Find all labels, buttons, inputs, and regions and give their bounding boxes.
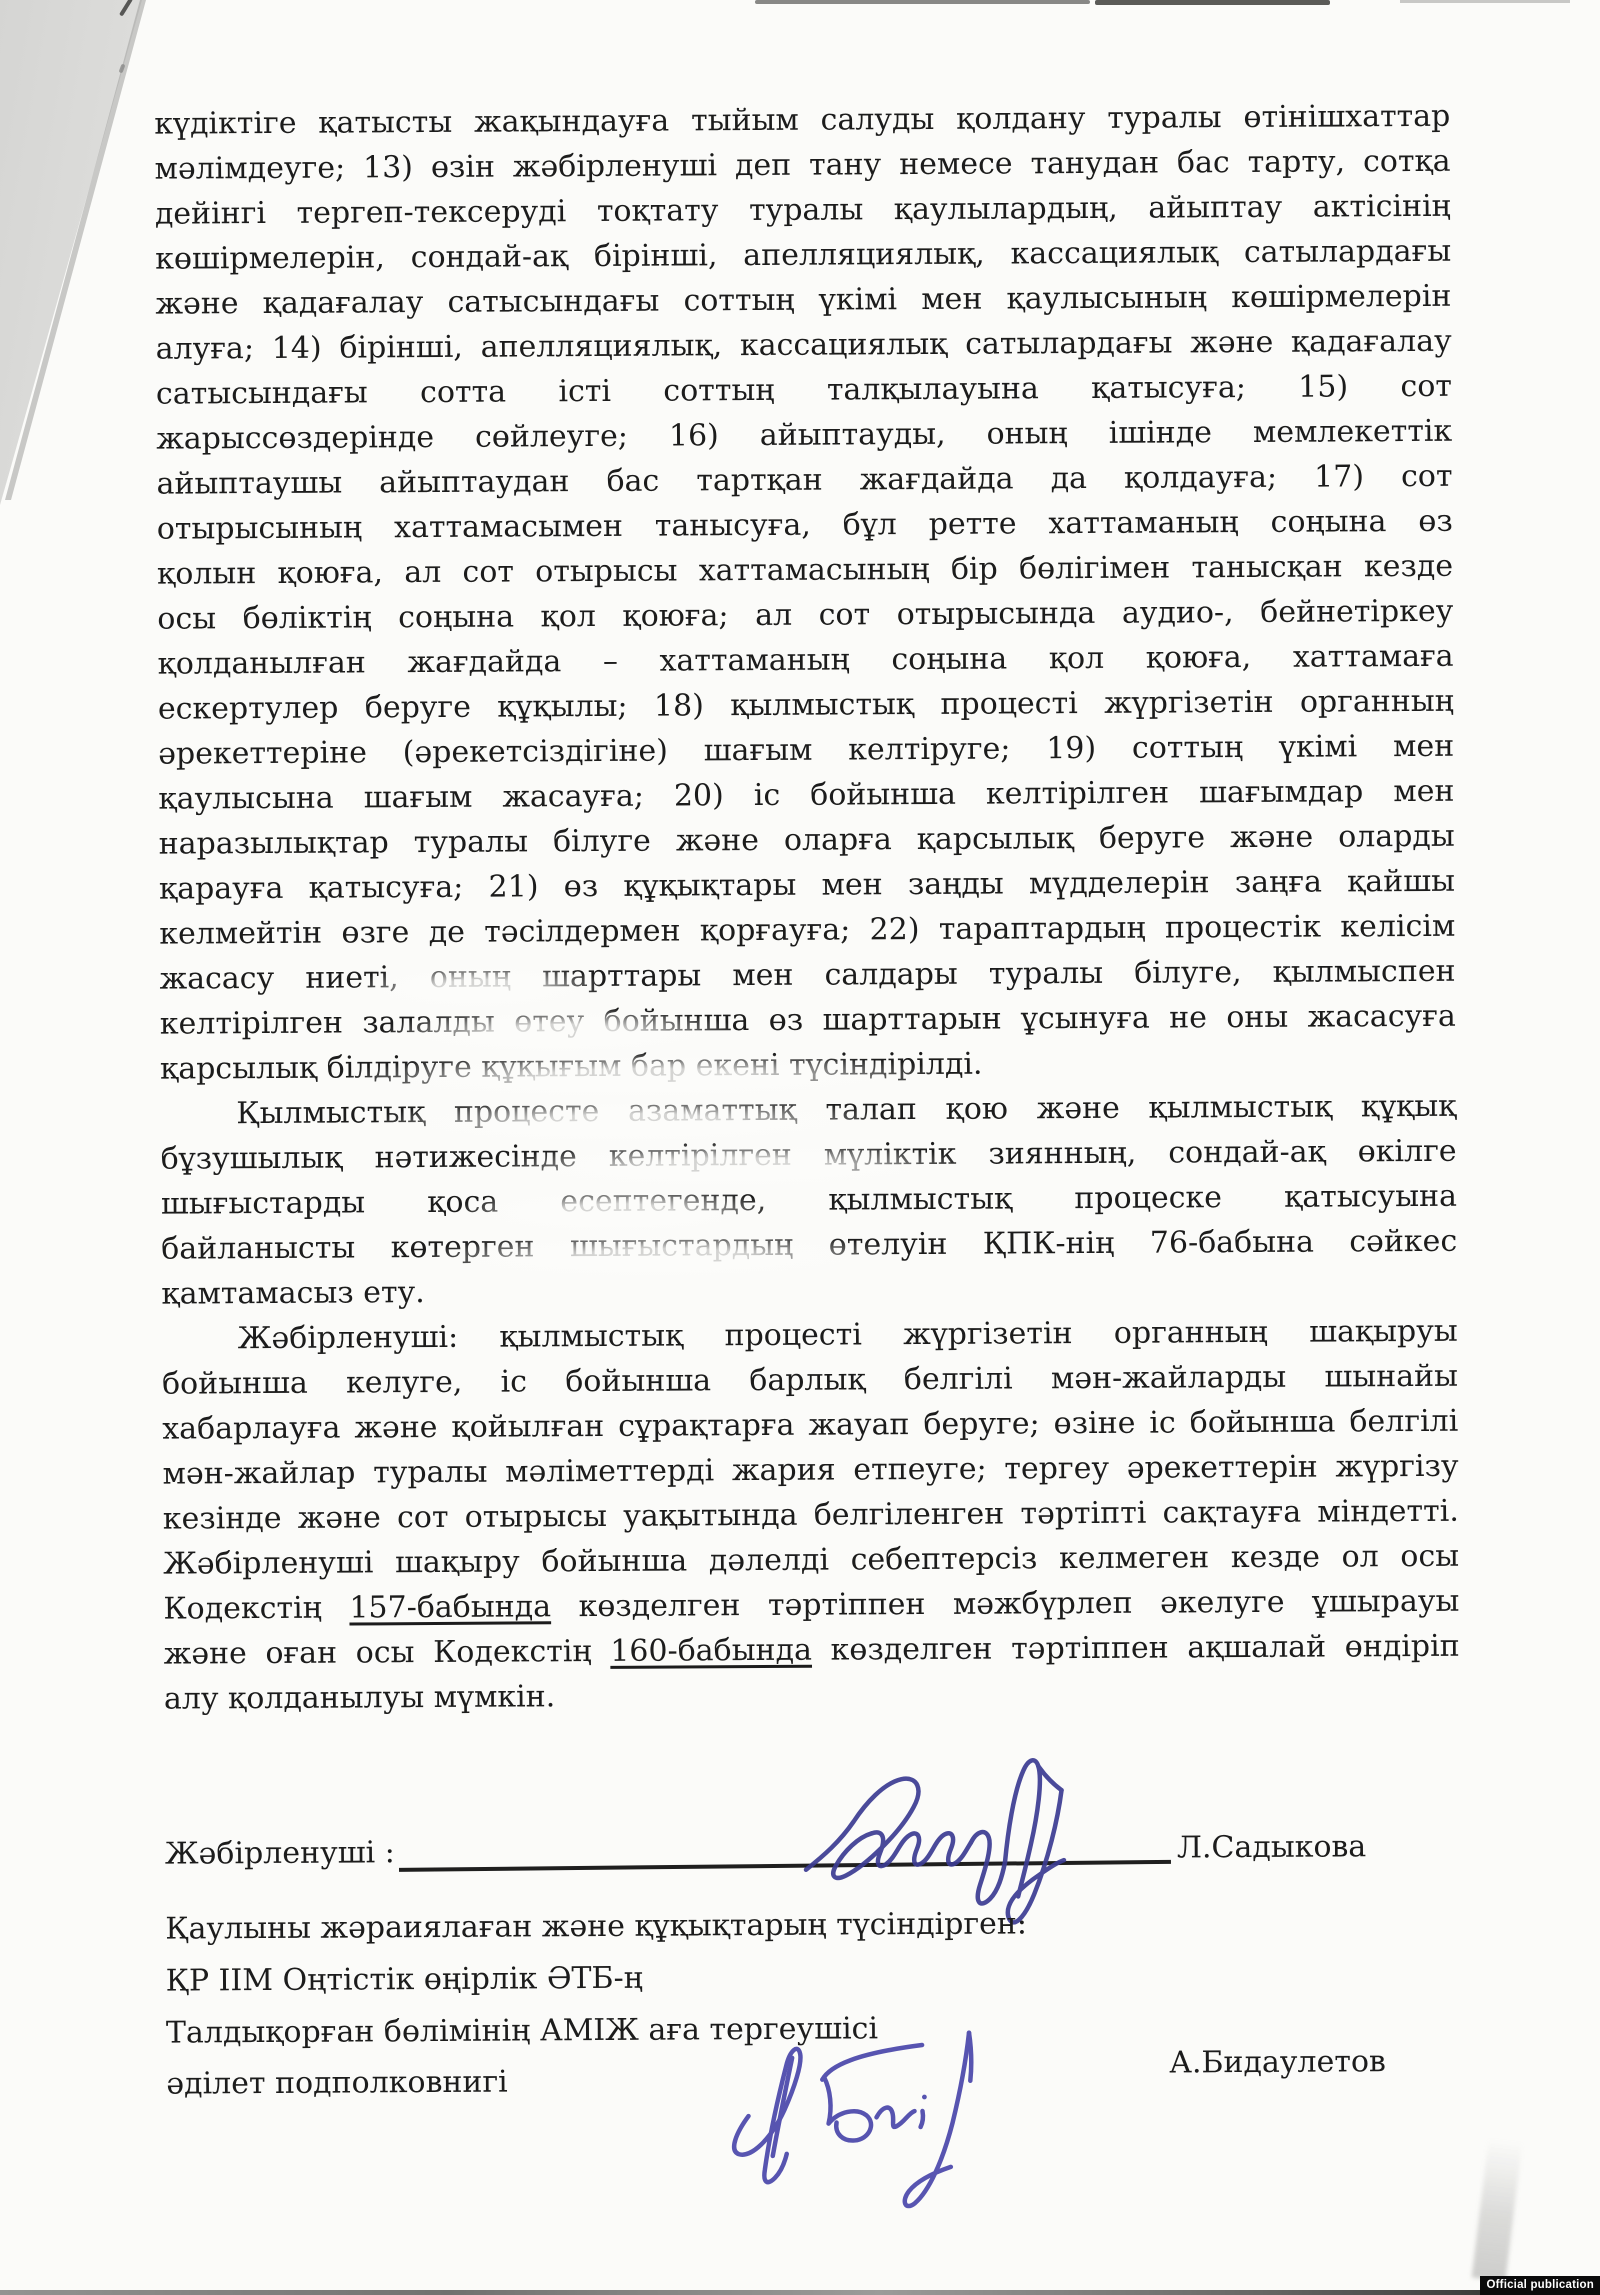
paragraph: Жәбірленуші: қылмыстық процесті жүргізет… [162,1309,1460,1722]
text-line: ескертулер беруге құқылы; 18) қылмыстық … [158,679,1454,732]
text-line: бұзушылық нәтижесінде келтірілген мүлікт… [161,1129,1457,1182]
text-line: дейінгі тергеп-тексеруді тоқтату туралы … [155,184,1451,237]
text-line: наразылықтар туралы білуге және оларға қ… [159,814,1455,867]
paragraph: күдіктіге қатысты жақындауға тыйым салуд… [154,94,1456,1092]
text-line: алу қолданылуы мүмкін. [164,1669,1460,1722]
text-line: қаулысына шағым жасауға; 20) іс бойынша … [158,769,1454,822]
text-line: күдіктіге қатысты жақындауға тыйым салуд… [154,94,1450,147]
scan-bottom-streak [0,2290,1600,2295]
text-line: көшірмелерін, сондай-ақ бірінші, апелляц… [155,229,1451,282]
text-line: сатысындағы сотта істі соттың талқылауын… [156,364,1452,417]
investigator-signature-ink [726,2023,997,2215]
text-line: Жәбірленуші шақыру бойынша дәлелді себеп… [163,1534,1459,1587]
text-line: мән-жайлар туралы мәліметтерді жария етп… [162,1444,1458,1497]
text-line: байланысты көтерген шығыстардың өтелуін … [161,1219,1457,1272]
text-line: шығыстарды қоса есептегенде, қылмыстық п… [161,1174,1457,1227]
scanned-document-page: күдіктіге қатысты жақындауға тыйым салуд… [0,0,1600,2295]
text-line: отырысының хаттамасымен танысуға, бұл ре… [157,499,1453,552]
text-line: қамтамасыз ету. [161,1264,1457,1317]
text-line: алуға; 14) бірінші, апелляциялық, кассац… [156,319,1452,372]
certifier-rank: әділет подполковнигі [166,2060,508,2107]
text-line: айыптаушы айыптаудан бас тартқан жағдайд… [156,454,1452,507]
text-line: Қылмыстық процесте азаматтық талап қою ж… [160,1084,1456,1137]
certifier-org-line: ҚР ІІМ Оңтістік өңірлік ӘТБ-ң [166,1956,644,2004]
text-line: қарауға қатысуға; 21) өз құқықтары мен з… [159,859,1455,912]
text-line: қолын қоюға, ал сот отырысы хаттамасының… [157,544,1453,597]
text-segment: көзделген тәртіппен мәжбүрлеп әкелуге ұш… [551,1584,1460,1625]
text-line: келмейтін өзге де тәсілдермен қорғауға; … [159,904,1455,957]
text-segment: Кодекстің [163,1591,349,1627]
body-text: күдіктіге қатысты жақындауға тыйым салуд… [154,94,1460,1722]
text-line: қарсылық білдіруге құқығым бар екені түс… [160,1039,1456,1092]
text-line: және оған осы Кодекстің 160-бабында көзд… [164,1624,1460,1677]
text-line: қолданылған жағдайда – хаттаманың соңына… [157,634,1453,687]
official-publication-badge: Official publication [1480,2276,1600,2295]
text-line: жарыссөздерінде сөйлеуге; 16) айыптауды,… [156,409,1452,462]
text-segment: көзделген тәртіппен ақшалай өндіріп [812,1629,1460,1668]
certifier-name: А.Бидаулетов [1169,2039,1386,2085]
underlined-article-ref: 160-бабында [610,1633,812,1669]
text-line: бойынша келуге, іс бойынша барлық белгіл… [162,1354,1458,1407]
victim-name: Л.Садыкова [1177,1824,1367,1870]
text-line: мәлімдеуге; 13) өзін жәбірленуші деп тан… [154,139,1450,192]
paragraph: Қылмыстық процесте азаматтық талап қою ж… [160,1084,1457,1317]
text-line: келтірілген залалды өтеу бойынша өз шарт… [160,994,1456,1047]
text-line: хабарлауға және қойылған сұрақтарға жауа… [162,1399,1458,1452]
text-segment: және оған осы Кодекстің [164,1634,611,1672]
text-line: осы бөліктің соңына қол қоюға; ал сот от… [157,589,1453,642]
text-line: жасасу ниеті, оның шарттары мен салдары … [159,949,1455,1002]
text-line: Кодекстің 157-бабында көзделген тәртіппе… [163,1579,1459,1632]
text-line: және қадағалау сатысындағы соттың үкімі … [155,274,1451,327]
text-line: әрекеттеріне (әрекетсіздігіне) шағым кел… [158,724,1454,777]
text-line: Жәбірленуші: қылмыстық процесті жүргізет… [162,1309,1458,1362]
victim-signature-label: Жәбірленуші : [165,1830,395,1876]
document-content: күдіктіге қатысты жақындауға тыйым салуд… [0,0,1600,2295]
underlined-article-ref: 157-бабында [349,1589,551,1625]
certifier-heading: Қаулыны жәраиялаған және құқықтарың түсі… [165,1901,1027,1951]
text-line: кезінде және сот отырысы уақытында белгі… [163,1489,1459,1542]
